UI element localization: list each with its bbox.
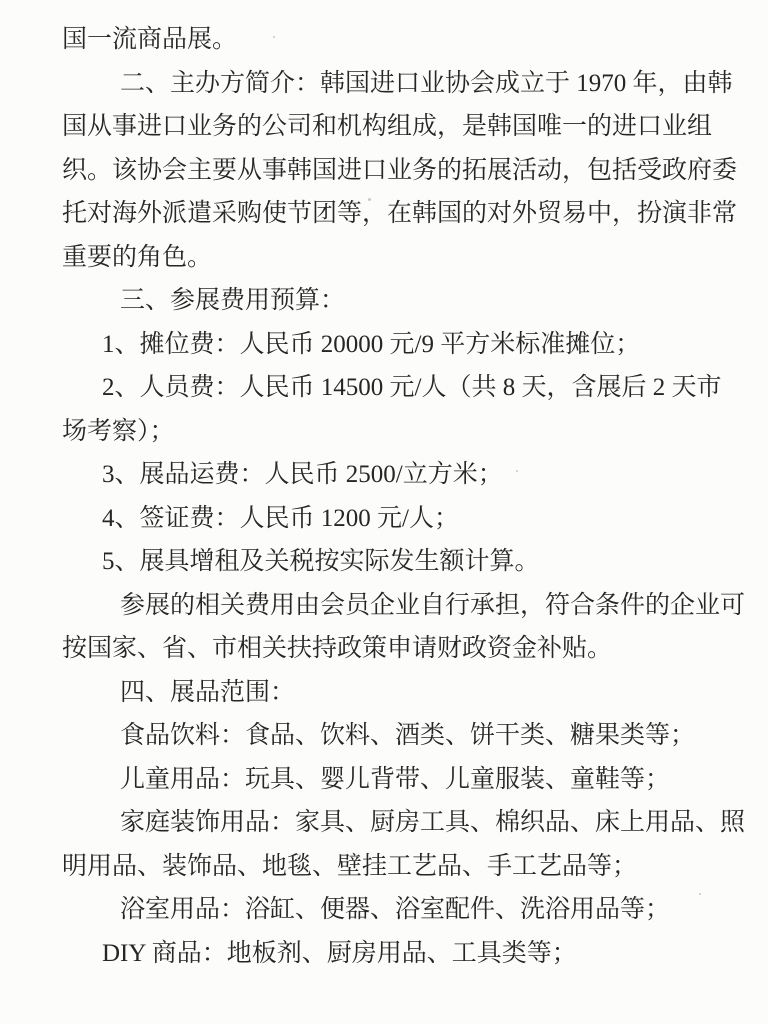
scan-speck: [368, 198, 371, 201]
document-line: 浴室用品：浴缸、便器、浴室配件、洗浴用品等；: [62, 888, 714, 932]
document-line: 1、摊位费：人民币 20000 元/9 平方米标准摊位；: [62, 323, 714, 367]
document-line: 2、人员费：人民币 14500 元/人（共 8 天，含展后 2 天市: [62, 366, 714, 410]
document-line: 参展的相关费用由会员企业自行承担，符合条件的企业可: [62, 584, 714, 628]
document-line: 托对海外派遣采购使节团等，在韩国的对外贸易中，扮演非常: [62, 192, 714, 236]
document-line: 家庭装饰用品：家具、厨房工具、棉织品、床上用品、照: [62, 801, 714, 845]
document-line: 4、签证费：人民币 1200 元/人；: [62, 497, 714, 541]
document-line: 国从事进口业务的公司和机构组成，是韩国唯一的进口业组: [62, 105, 714, 149]
document-line: 重要的角色。: [62, 236, 714, 280]
document-line: 按国家、省、市相关扶持政策申请财政资金补贴。: [62, 627, 714, 671]
document-line: 5、展具增租及关税按实际发生额计算。: [62, 540, 714, 584]
document-line: 国一流商品展。: [62, 18, 714, 62]
document-line: 二、主办方简介：韩国进口业协会成立于 1970 年，由韩: [62, 62, 714, 106]
document-line: 四、展品范围：: [62, 671, 714, 715]
document-line: DIY 商品：地板剂、厨房用品、工具类等；: [62, 932, 714, 976]
document-line: 食品饮料：食品、饮料、酒类、饼干类、糖果类等；: [62, 714, 714, 758]
scan-speck: [699, 893, 701, 895]
document-page: 国一流商品展。 二、主办方简介：韩国进口业协会成立于 1970 年，由韩 国从事…: [0, 0, 768, 1024]
scan-speck: [516, 470, 518, 472]
document-line: 三、参展费用预算：: [62, 279, 714, 323]
document-line: 明用品、装饰品、地毯、壁挂工艺品、手工艺品等；: [62, 845, 714, 889]
document-line: 3、展品运费：人民币 2500/立方米；: [62, 453, 714, 497]
document-line: 织。该协会主要从事韩国进口业务的拓展活动，包括受政府委: [62, 149, 714, 193]
scan-speck: [273, 36, 275, 38]
document-line: 场考察）；: [62, 410, 714, 454]
document-line: 儿童用品：玩具、婴儿背带、儿童服装、童鞋等；: [62, 758, 714, 802]
